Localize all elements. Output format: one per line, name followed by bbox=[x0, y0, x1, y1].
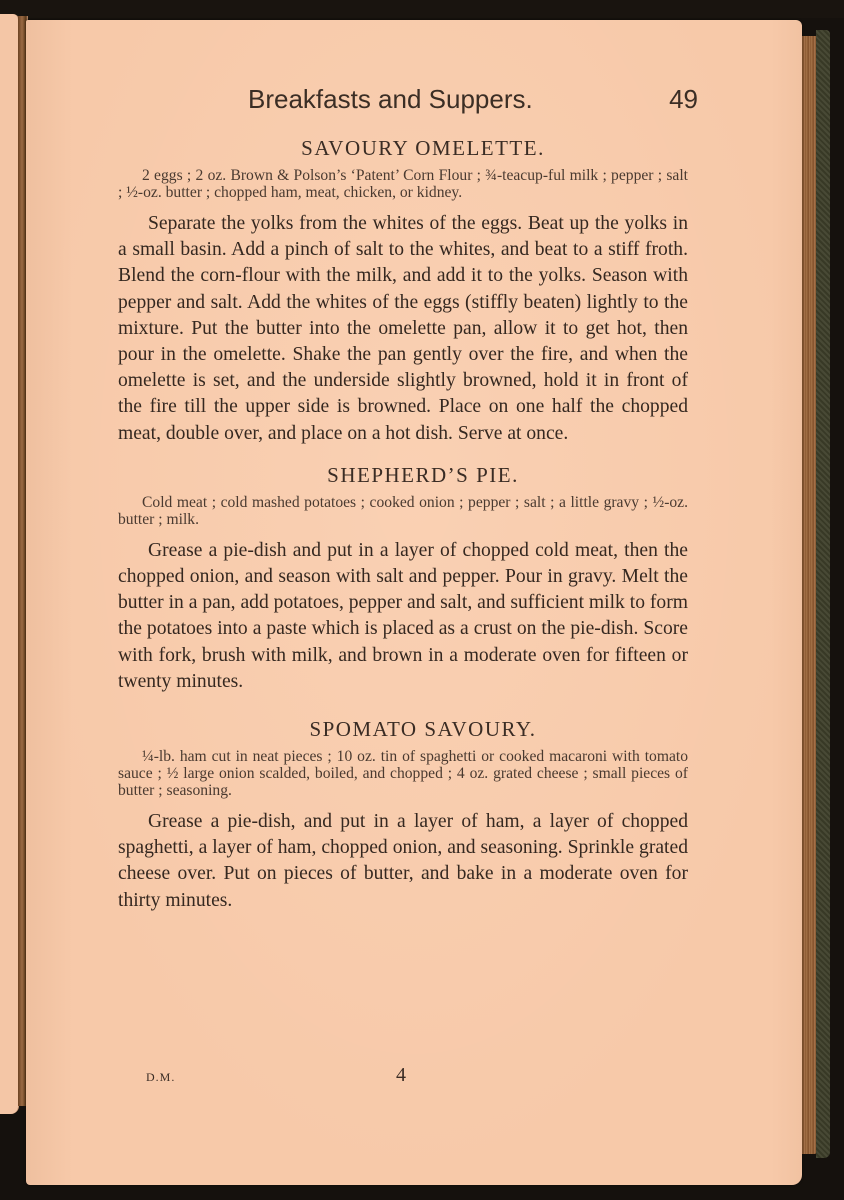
page-footer: D.M. 4 bbox=[146, 1064, 566, 1087]
running-head: Breakfasts and Suppers. 49 bbox=[248, 84, 704, 115]
photo-backdrop bbox=[0, 0, 844, 18]
facing-page-edge bbox=[0, 14, 19, 1114]
recipe-ingredients: ¼-lb. ham cut in neat pieces ; 10 oz. ti… bbox=[118, 748, 688, 799]
recipe-savoury-omelette: SAVOURY OMELETTE. 2 eggs ; 2 oz. Brown &… bbox=[118, 136, 688, 447]
running-head-title: Breakfasts and Suppers. bbox=[248, 84, 533, 115]
recipe-spomato-savoury: SPOMATO SAVOURY. ¼-lb. ham cut in neat p… bbox=[118, 717, 688, 914]
cloth-cover-board bbox=[816, 30, 830, 1158]
recipe-title: SPOMATO SAVOURY. bbox=[118, 717, 688, 742]
recipe-ingredients: 2 eggs ; 2 oz. Brown & Polson’s ‘Patent’… bbox=[118, 167, 688, 201]
recipe-method: Separate the yolks from the whites of th… bbox=[118, 211, 688, 447]
recipe-method: Grease a pie-dish, and put in a layer of… bbox=[118, 809, 688, 914]
recipe-shepherds-pie: SHEPHERD’S PIE. Cold meat ; cold mashed … bbox=[118, 463, 688, 695]
page-number: 49 bbox=[669, 84, 698, 115]
recipe-method: Grease a pie-dish and put in a layer of … bbox=[118, 538, 688, 695]
recipe-title: SAVOURY OMELETTE. bbox=[118, 136, 688, 161]
page-content: SAVOURY OMELETTE. 2 eggs ; 2 oz. Brown &… bbox=[118, 136, 688, 914]
recipe-ingredients: Cold meat ; cold mashed potatoes ; cooke… bbox=[118, 494, 688, 528]
signature-mark: 4 bbox=[396, 1064, 406, 1087]
printer-signature: D.M. bbox=[146, 1070, 396, 1085]
recipe-title: SHEPHERD’S PIE. bbox=[118, 463, 688, 488]
